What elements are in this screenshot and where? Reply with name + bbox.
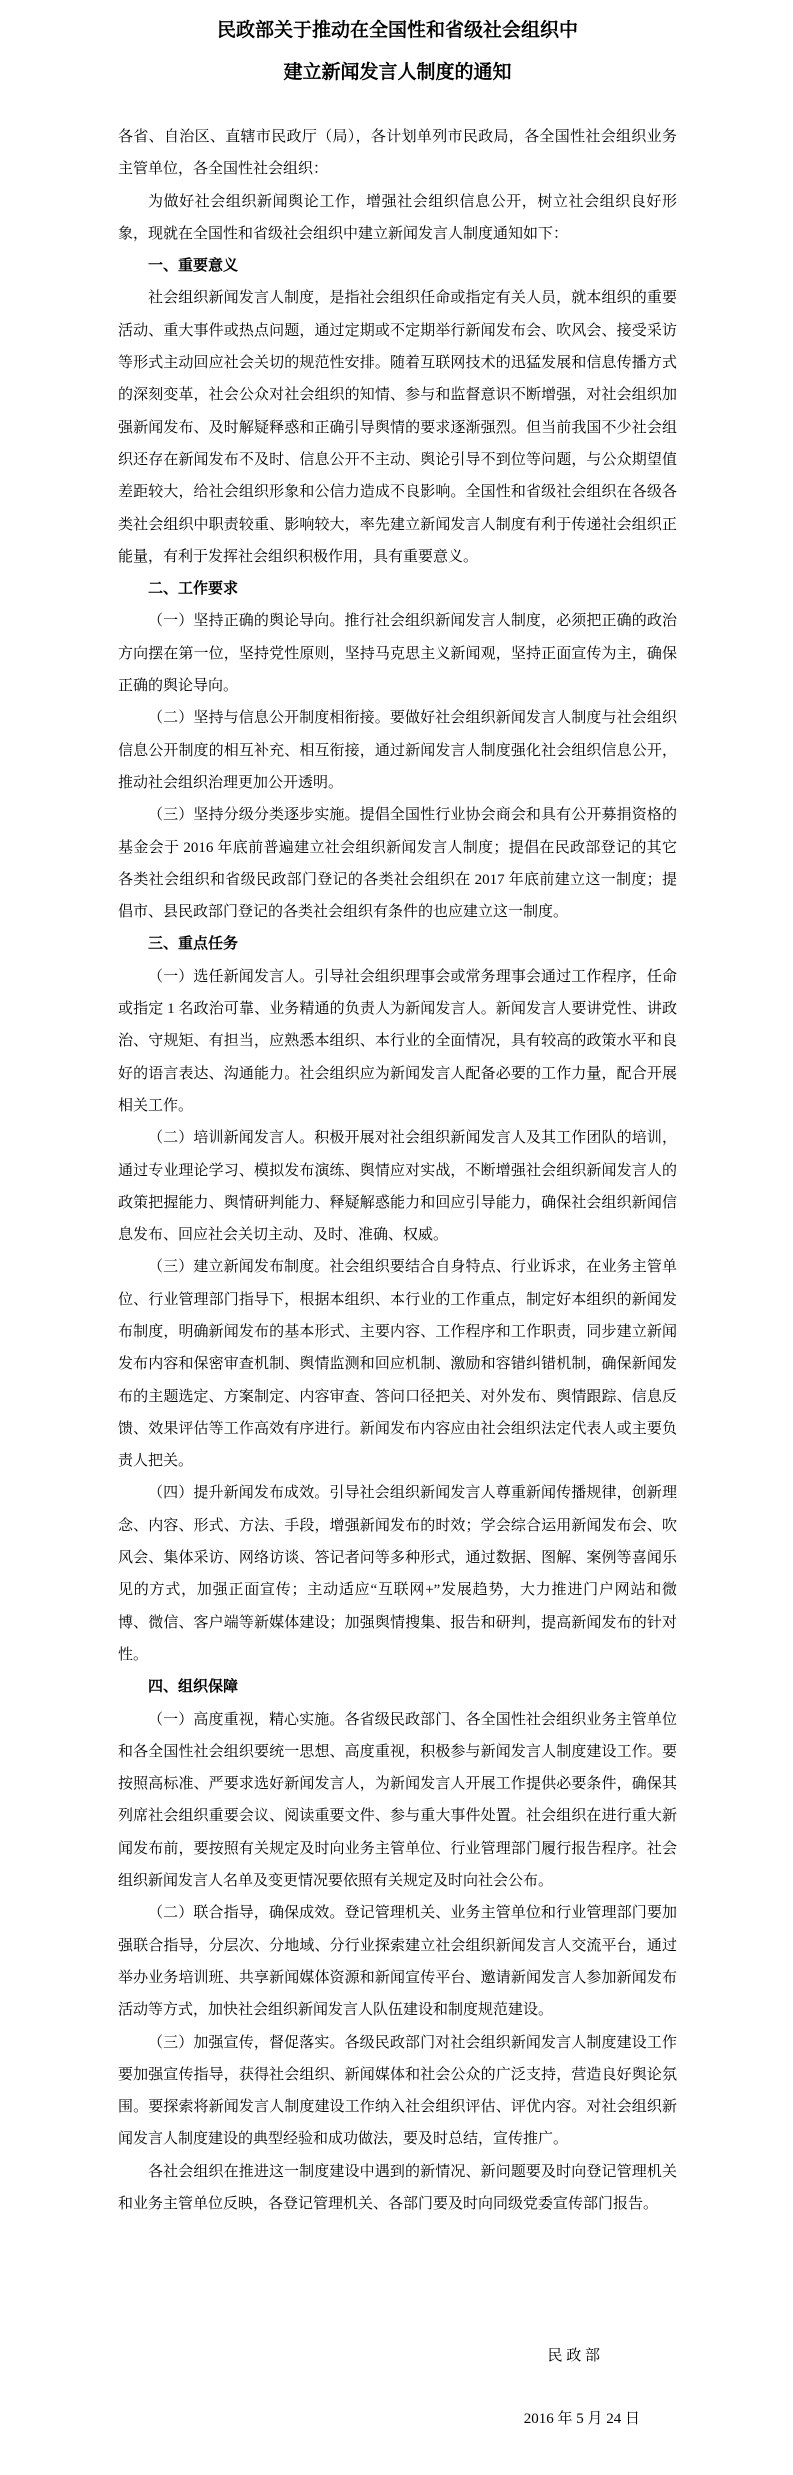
section-4-paragraph-2: （二）联合指导，确保成效。登记管理机关、业务主管单位和行业管理部门要加强联合指导… — [118, 1897, 677, 2026]
section-1-paragraph-1: 社会组织新闻发言人制度，是指社会组织任命或指定有关人员，就本组织的重要活动、重大… — [118, 282, 677, 573]
document-title: 民政部关于推动在全国性和省级社会组织中 建立新闻发言人制度的通知 — [118, 10, 677, 94]
section-3-heading: 三、重点任务 — [118, 928, 677, 960]
section-3-paragraph-3: （三）建立新闻发布制度。社会组织要结合自身特点、行业诉求，在业务主管单位、行业管… — [118, 1251, 677, 1477]
section-4-heading: 四、组织保障 — [118, 1671, 677, 1703]
section-4-paragraph-3: （三）加强宣传，督促落实。各级民政部门对社会组织新闻发言人制度建设工作要加强宣传… — [118, 2027, 677, 2156]
document-title-line2: 建立新闻发言人制度的通知 — [118, 52, 677, 94]
section-2-paragraph-1: （一）坚持正确的舆论导向。推行社会组织新闻发言人制度，必须把正确的政治方向摆在第… — [118, 605, 677, 702]
document-title-line1: 民政部关于推动在全国性和省级社会组织中 — [118, 10, 677, 52]
intro-paragraph: 为做好社会组织新闻舆论工作，增强社会组织信息公开，树立社会组织良好形象，现就在全… — [118, 186, 677, 251]
section-2-heading: 二、工作要求 — [118, 573, 677, 605]
issue-date: 2016 年 5 月 24 日 — [118, 2403, 677, 2435]
issuer-signature: 民 政 部 — [118, 2340, 677, 2372]
salutation: 各省、自治区、直辖市民政厅（局），各计划单列市民政局，各全国性社会组织业务主管单… — [118, 121, 677, 186]
section-3-paragraph-4: （四）提升新闻发布成效。引导社会组织新闻发言人尊重新闻传播规律，创新理念、内容、… — [118, 1477, 677, 1671]
section-3-paragraph-2: （二）培训新闻发言人。积极开展对社会组织新闻发言人及其工作团队的培训，通过专业理… — [118, 1122, 677, 1251]
section-2-paragraph-2: （二）坚持与信息公开制度相衔接。要做好社会组织新闻发言人制度与社会组织信息公开制… — [118, 702, 677, 799]
section-1-heading: 一、重要意义 — [118, 250, 677, 282]
document-body: 各省、自治区、直辖市民政厅（局），各计划单列市民政局，各全国性社会组织业务主管单… — [118, 121, 677, 2220]
closing-paragraph: 各社会组织在推进这一制度建设中遇到的新情况、新问题要及时向登记管理机关和业务主管… — [118, 2156, 677, 2221]
section-2-paragraph-3: （三）坚持分级分类逐步实施。提倡全国性行业协会商会和具有公开募捐资格的基金会于 … — [118, 799, 677, 928]
section-4-paragraph-1: （一）高度重视，精心实施。各省级民政部门、各全国性社会组织业务主管单位和各全国性… — [118, 1704, 677, 1898]
document-page: 民政部关于推动在全国性和省级社会组织中 建立新闻发言人制度的通知 各省、自治区、… — [0, 0, 793, 2475]
section-3-paragraph-1: （一）选任新闻发言人。引导社会组织理事会或常务理事会通过工作程序，任命或指定 1… — [118, 961, 677, 1122]
